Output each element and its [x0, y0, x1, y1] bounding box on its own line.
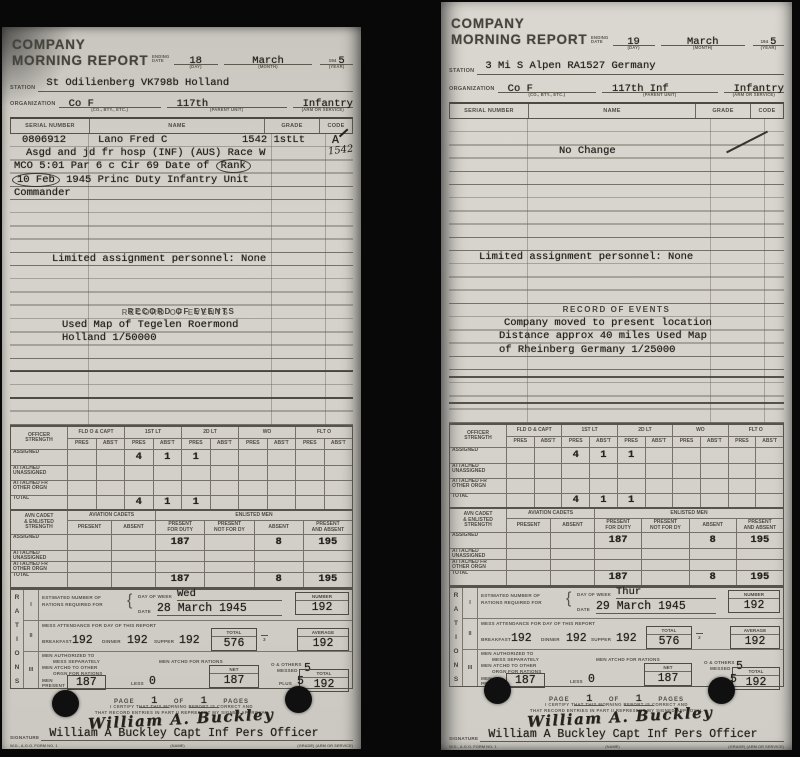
sub-abst: ABS'T: [96, 438, 125, 449]
sub-abst: ABS'T: [589, 436, 617, 447]
mess-total-value: 576: [212, 637, 256, 650]
row-attached-fr-other-orgn: ATTACHED FROTHER ORGN: [11, 561, 67, 572]
station-value: St Odilienberg VK798b Holland: [38, 77, 353, 92]
average-value: 192: [298, 637, 348, 650]
organization-row: ORGANIZATION Co F(CO., BTY., ETC.) 117th…: [10, 93, 353, 108]
row-assigned: ASSIGNED: [450, 447, 506, 463]
organization-label: ORGANIZATION: [449, 86, 495, 93]
sub-pres: PRES: [295, 438, 324, 449]
officer-strength-corner: OFFICERSTRENGTH: [11, 427, 67, 449]
circled-annotation: Rank: [216, 159, 251, 173]
officers-2dlt-present: 1: [181, 449, 210, 465]
average-box: AVERAGE 192: [730, 626, 780, 649]
avn-cadet-corner: AVN CADET& ENLISTEDSTRENGTH: [11, 511, 67, 534]
ending-date-label: ENDING DATE: [591, 36, 609, 46]
sub-abst: ABS'T: [700, 436, 728, 447]
record-of-events: RECORD OF EVENTS Used Map of Tegelen Roe…: [10, 306, 353, 425]
enlisted-total-present-for-duty: 187: [594, 570, 641, 585]
roster-text-line: 10 Feb 1945 Princ Duty Infantry Unit: [10, 174, 353, 187]
col-enlisted-men: ENLISTED MEN: [155, 511, 352, 520]
enlisted-strength-table: AVN CADET& ENLISTEDSTRENGTH AVIATION CAD…: [10, 510, 353, 588]
sub-pres: PRES: [672, 436, 700, 447]
average-value: 192: [731, 635, 779, 648]
enlisted-present-for-duty: 187: [594, 532, 641, 548]
page-content: COMPANY MORNING REPORT ENDING DATE 18 (D…: [10, 33, 353, 749]
sub-pres: PRES: [728, 436, 756, 447]
signature-label: SIGNATURE: [449, 736, 478, 742]
sub-pres: PRES: [238, 438, 267, 449]
row-attached-unassigned: ATTACHEDUNASSIGNED: [450, 548, 506, 559]
section-rule: [10, 370, 353, 372]
sub-present: PRESENT: [506, 518, 550, 532]
col-enlisted-men: ENLISTED MEN: [594, 509, 783, 518]
no-change-value: No Change: [559, 145, 616, 158]
net-box: NET 187: [644, 663, 692, 686]
net-box: NET 187: [209, 665, 259, 688]
events-title: RECORD OF EVENTS: [10, 305, 353, 318]
enlisted-total-absent: 8: [254, 572, 303, 587]
net-value: 187: [210, 674, 258, 687]
org-unit-field: Co F(CO., BTY., ETC.): [498, 78, 596, 93]
col-serial-number: SERIAL NUMBER: [11, 119, 89, 133]
officer-strength-table: OFFICERSTRENGTH FLD O & CAPT 1ST LT 2D L…: [449, 423, 784, 508]
col-code: CODE: [319, 119, 352, 133]
col-wo: WO: [672, 425, 727, 436]
rations-numeral-ii: II: [24, 620, 39, 651]
officer-strength-corner: OFFICERSTRENGTH: [450, 425, 506, 447]
events-text-line: Used Map of Tegelen Roermond: [10, 319, 353, 332]
sub-present-and-absent: PRESENTAND ABSENT: [736, 518, 783, 532]
net-value: 187: [645, 672, 691, 685]
section-rule: [449, 376, 784, 378]
men-present-value: 187: [67, 675, 106, 690]
roster-header: SERIAL NUMBER NAME GRADE CODE: [449, 102, 784, 119]
morning-report-page-18-march: COMPANY MORNING REPORT ENDING DATE 18 (D…: [2, 27, 361, 749]
ending-date-row: ENDING DATE 18 (DAY) March (MONTH) 1945 …: [152, 49, 353, 65]
col-code: CODE: [750, 104, 783, 118]
sub-abst: ABS'T: [267, 438, 296, 449]
sub-abst: ABS'T: [210, 438, 239, 449]
col-wo: WO: [238, 427, 295, 438]
station-label: STATION: [449, 68, 474, 75]
rations-section: RATIONS I ESTIMATED NUMBER OF RATIONS RE…: [10, 588, 353, 689]
form-footer-print: W.D., A.G.O. FORM NO. 1MARCH 1, 1945 (NA…: [449, 744, 784, 750]
officers-1stlt-absent: 1: [153, 449, 182, 465]
sub-abst: ABS'T: [755, 436, 783, 447]
enlisted-total-present-for-duty: 187: [155, 572, 204, 587]
form-title: COMPANY MORNING REPORT: [451, 16, 587, 48]
sub-pres: PRES: [181, 438, 210, 449]
enlisted-total-absent: 8: [689, 570, 736, 585]
row-attached-fr-other-orgn: ATTACHED FROTHER ORGN: [11, 480, 67, 495]
station-value: 3 Mi S Alpen RA1527 Germany: [477, 60, 784, 75]
officers-total-2dlt-present: 1: [617, 493, 645, 507]
col-fld-o-capt: FLD O & CAPT: [506, 425, 561, 436]
enlisted-absent: 8: [254, 534, 303, 550]
org-parent-field: 117th Inf(PARENT UNIT): [602, 78, 718, 93]
row-assigned: ASSIGNED: [11, 449, 67, 465]
enlisted-present-and-absent: 195: [736, 532, 783, 548]
punch-hole: [484, 677, 511, 704]
officers-1stlt-present: 4: [561, 447, 589, 463]
date-month-sublabel: (MONTH): [661, 45, 745, 50]
officers-total-1stlt-absent: 1: [589, 493, 617, 507]
row-attached-unassigned: ATTACHEDUNASSIGNED: [11, 550, 67, 561]
sub-absent: ABSENT: [111, 520, 155, 534]
enlisted-total-present-and-absent: 195: [303, 572, 352, 587]
day-of-week-value: Wed: [177, 588, 282, 601]
punch-hole: [52, 690, 79, 717]
officers-total-1stlt-present: 4: [124, 495, 153, 509]
enlisted-strength-table: AVN CADET& ENLISTEDSTRENGTH AVIATION CAD…: [449, 508, 784, 586]
sub-absent: ABSENT: [689, 518, 736, 532]
col-flt-o: FLT O: [295, 427, 352, 438]
divide-by-3: 3: [261, 635, 268, 642]
roster-text-line: Commander: [10, 187, 353, 200]
signature-line: SIGNATURE William A Buckley Capt Inf Per…: [449, 728, 784, 742]
date-value: 28 March 1945: [157, 602, 282, 616]
rations-numeral-iii: III: [24, 651, 39, 688]
sub-absent: ABSENT: [550, 518, 594, 532]
form-title: COMPANY MORNING REPORT: [12, 37, 148, 69]
rations-estimated: ESTIMATED NUMBER OF RATIONS REQUIRED FOR…: [478, 588, 783, 618]
sub-absent: ABSENT: [254, 520, 303, 534]
events-title-line: RECORD OF EVENTS: [10, 306, 353, 319]
row-assigned: ASSIGNED: [11, 534, 67, 550]
sub-present-for-duty: PRESENTFOR DUTY: [594, 518, 641, 532]
station-label: STATION: [10, 85, 35, 92]
date-year-sublabel: (YEAR): [753, 45, 784, 50]
row-total: TOTAL: [450, 570, 506, 585]
signature-typed: William A Buckley Capt Inf Pers Officer: [41, 727, 353, 741]
average-box: AVERAGE 192: [297, 628, 349, 651]
col-name: NAME: [89, 119, 264, 133]
form-title-line1: COMPANY: [12, 37, 148, 53]
day-of-week-value: Thur: [616, 586, 716, 599]
ending-date-row: ENDING DATE 19 (DAY) March (MONTH) 1945 …: [591, 30, 784, 46]
brace: {: [127, 592, 132, 610]
page-content: COMPANY MORNING REPORT ENDING DATE 19 (D…: [449, 10, 784, 750]
events-title: RECORD OF EVENTS: [449, 303, 784, 316]
events-text-line: Holland 1/50000: [10, 332, 353, 345]
form-title-line2: MORNING REPORT: [451, 32, 587, 48]
rations-section: RATIONS I ESTIMATED NUMBER OF RATIONS RE…: [449, 586, 784, 687]
sub-present-not-for-dy: PRESENTNOT FOR DY: [204, 520, 253, 534]
rations-numeral-i: I: [24, 590, 39, 620]
roster-header: SERIAL NUMBER NAME GRADE CODE: [10, 117, 353, 134]
date-value: 29 March 1945: [596, 600, 716, 614]
total-box: TOTAL 576: [646, 626, 692, 649]
col-serial-number: SERIAL NUMBER: [450, 104, 528, 118]
sub-pres: PRES: [561, 436, 589, 447]
rations-vertical-label: RATIONS: [450, 588, 463, 686]
limited-assignment-line: Limited assignment personnel: None: [10, 253, 353, 266]
form-header: COMPANY MORNING REPORT ENDING DATE 18 (D…: [10, 33, 353, 117]
enlisted-total-present-and-absent: 195: [736, 570, 783, 585]
brace: {: [566, 590, 571, 608]
sub-abst: ABS'T: [324, 438, 353, 449]
section-rule: [449, 402, 784, 404]
date-month-field: March (MONTH): [661, 30, 745, 46]
events-text-line: Company moved to present location: [449, 317, 784, 330]
row-total: TOTAL: [450, 493, 506, 507]
events-text-line: Distance approx 40 miles Used Map: [449, 330, 784, 343]
sub-present-not-for-dy: PRESENTNOT FOR DY: [641, 518, 688, 532]
dinner-value: 192: [127, 634, 148, 647]
roster-entries: No Change Limited assignment personnel: …: [449, 119, 784, 304]
rations-number-value: 192: [729, 599, 779, 612]
row-attached-fr-other-orgn: ATTACHED FROTHER ORGN: [450, 478, 506, 493]
org-unit-field: Co F(CO., BTY., ETC.): [59, 93, 161, 108]
ending-date-label: ENDING DATE: [152, 55, 170, 65]
supper-value: 192: [616, 632, 637, 645]
men-present-value: 187: [506, 673, 545, 688]
date-day-field: 19 (DAY): [613, 30, 655, 46]
enlisted-present-for-duty: 187: [155, 534, 204, 550]
sub-present-for-duty: PRESENTFOR DUTY: [155, 520, 204, 534]
date-day-sublabel: (DAY): [613, 45, 655, 50]
station-row: STATION St Odilienberg VK798b Holland: [10, 77, 353, 92]
col-aviation-cadets: AVIATION CADETS: [506, 509, 594, 518]
breakfast-value: 192: [511, 632, 532, 645]
rations-estimated: ESTIMATED NUMBER OF RATIONS REQUIRED FOR…: [39, 590, 352, 620]
enlisted-present-and-absent: 195: [303, 534, 352, 550]
record-of-events: RECORD OF EVENTS Company moved to presen…: [449, 304, 784, 423]
organization-label: ORGANIZATION: [10, 101, 56, 108]
col-fld-o-capt: FLD O & CAPT: [67, 427, 124, 438]
sub-present-and-absent: PRESENTAND ABSENT: [303, 520, 352, 534]
rations-mess-attendance: MESS ATTENDANCE FOR DAY OF THIS REPORT B…: [39, 620, 352, 651]
form-title-line1: COMPANY: [451, 16, 587, 32]
date-year-field: 1945 (YEAR): [753, 30, 784, 46]
rations-numeral-ii: II: [463, 618, 478, 649]
col-name: NAME: [528, 104, 695, 118]
form-footer-print: W.D., A.G.O. FORM NO. 1MARCH 1, 1945 (NA…: [10, 743, 353, 749]
sub-pres: PRES: [124, 438, 153, 449]
officers-1stlt-absent: 1: [589, 447, 617, 463]
form-header: COMPANY MORNING REPORT ENDING DATE 19 (D…: [449, 10, 784, 102]
rations-numeral-i: I: [463, 588, 478, 618]
total-box: TOTAL 576: [211, 628, 257, 651]
sub-pres: PRES: [506, 436, 534, 447]
year-prefix: 194: [329, 58, 337, 63]
rations-men-messed: MEN AUTHORIZED TO MESS SEPARATELY MEN AT…: [478, 649, 783, 686]
enlisted-absent: 8: [689, 532, 736, 548]
sub-pres: PRES: [617, 436, 645, 447]
sub-present: PRESENT: [67, 520, 111, 534]
signature-line: SIGNATURE William A Buckley Capt Inf Per…: [10, 727, 353, 741]
sub-abst: ABS'T: [645, 436, 673, 447]
name-value: Lano Fred C: [98, 134, 167, 147]
station-row: STATION 3 Mi S Alpen RA1527 Germany: [449, 60, 784, 75]
row-assigned: ASSIGNED: [450, 532, 506, 548]
circled-annotation: 10 Feb: [12, 173, 60, 187]
breakfast-value: 192: [72, 634, 93, 647]
supper-value: 192: [179, 634, 200, 647]
organization-row: ORGANIZATION Co F(CO., BTY., ETC.) 117th…: [449, 78, 784, 93]
col-grade: GRADE: [695, 104, 750, 118]
date-year-sublabel: (YEAR): [320, 64, 353, 69]
col-1st-lt: 1ST LT: [124, 427, 181, 438]
org-parent-field: 117th(PARENT UNIT): [167, 93, 287, 108]
form-title-line2: MORNING REPORT: [12, 53, 148, 69]
officers-2dlt-present: 1: [617, 447, 645, 463]
less-value: 0: [588, 673, 595, 686]
officers-total-1stlt-present: 4: [561, 493, 589, 507]
events-title-line: RECORD OF EVENTS: [449, 304, 784, 317]
signature-label: SIGNATURE: [10, 735, 39, 741]
divide-by-3: 3: [696, 633, 703, 640]
number-box: NUMBER 192: [728, 590, 780, 613]
org-arm-field: Infantry(ARM OR SERVICE): [293, 93, 353, 108]
punch-hole: [708, 677, 735, 704]
col-2d-lt: 2D LT: [617, 425, 672, 436]
roster-text-line: Asgd and jd fr hosp (INF) (AUS) Race W 1…: [10, 147, 353, 160]
grade-value: 1542 1stLt: [242, 134, 305, 147]
row-attached-fr-other-orgn: ATTACHED FROTHER ORGN: [450, 559, 506, 570]
rations-mess-attendance: MESS ATTENDANCE FOR DAY OF THIS REPORT B…: [478, 618, 783, 649]
section-rule: [10, 397, 353, 399]
col-flt-o: FLT O: [728, 425, 783, 436]
date-year-field: 1945 (YEAR): [320, 49, 353, 65]
punch-hole: [285, 686, 312, 713]
officers-total-1stlt-absent: 1: [153, 495, 182, 509]
serial-value: 0806912: [22, 134, 66, 147]
officer-strength-table: OFFICERSTRENGTH FLD O & CAPT 1ST LT 2D L…: [10, 425, 353, 510]
col-1st-lt: 1ST LT: [561, 425, 616, 436]
roster-entries: 0806912 Lano Fred C 1542 1stLt A Asgd an…: [10, 134, 353, 306]
less-value: 0: [149, 675, 156, 688]
morning-report-page-19-march: COMPANY MORNING REPORT ENDING DATE 19 (D…: [441, 2, 792, 750]
row-attached-unassigned: ATTACHEDUNASSIGNED: [11, 465, 67, 480]
avn-cadet-corner: AVN CADET& ENLISTEDSTRENGTH: [450, 509, 506, 532]
sub-abst: ABS'T: [534, 436, 562, 447]
dinner-value: 192: [566, 632, 587, 645]
col-aviation-cadets: AVIATION CADETS: [67, 511, 155, 520]
officers-1stlt-present: 4: [124, 449, 153, 465]
rations-vertical-label: RATIONS: [11, 590, 24, 688]
row-attached-unassigned: ATTACHEDUNASSIGNED: [450, 463, 506, 478]
row-total: TOTAL: [11, 572, 67, 587]
events-text-line: of Rheinberg Germany 1/25000: [449, 344, 784, 357]
rations-men-messed: MEN AUTHORIZED TO MESS SEPARATELY MEN AT…: [39, 651, 352, 688]
roster-entry-row: 0806912 Lano Fred C 1542 1stLt A: [10, 134, 353, 147]
sub-pres: PRES: [67, 438, 96, 449]
roster-text-line: MCO 5:01 Par 6 c Cir 69 Date of Rank: [10, 160, 353, 173]
row-total: TOTAL: [11, 495, 67, 509]
mess-total-value: 576: [647, 635, 691, 648]
rations-number-value: 192: [296, 601, 348, 614]
col-grade: GRADE: [264, 119, 319, 133]
date-month-field: March (MONTH): [224, 49, 313, 65]
limited-assignment-line: Limited assignment personnel: None: [449, 251, 784, 264]
number-box: NUMBER 192: [295, 592, 349, 615]
rations-numeral-iii: III: [463, 649, 478, 686]
year-prefix: 194: [760, 39, 768, 44]
col-2d-lt: 2D LT: [181, 427, 238, 438]
date-day-sublabel: (DAY): [174, 64, 218, 69]
officers-total-2dlt-present: 1: [181, 495, 210, 509]
org-arm-field: Infantry(ARM OR SERVICE): [724, 78, 784, 93]
date-day-field: 18 (DAY): [174, 49, 218, 65]
date-month-sublabel: (MONTH): [224, 64, 313, 69]
handwritten-note: 1542: [327, 143, 354, 159]
sub-abst: ABS'T: [153, 438, 182, 449]
signature-typed: William A Buckley Capt Inf Pers Officer: [480, 728, 784, 742]
